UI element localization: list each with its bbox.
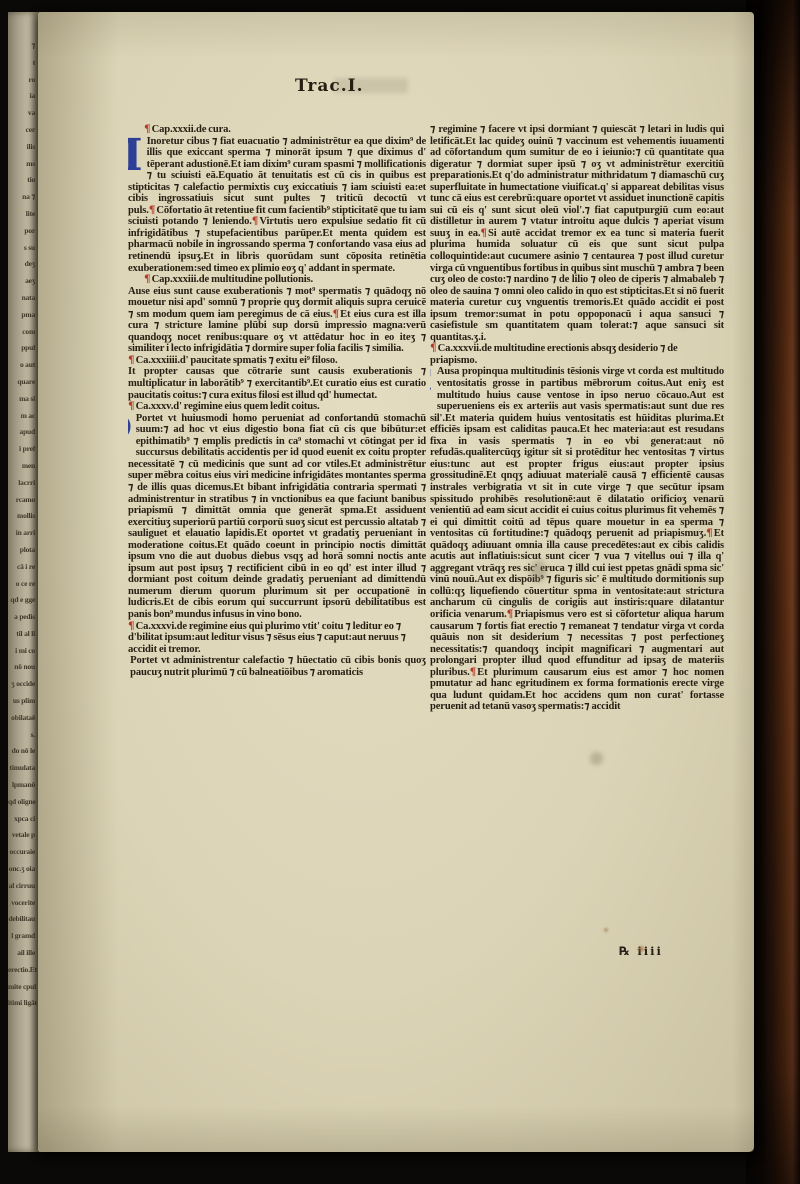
running-header: Trac.I. xyxy=(295,76,364,96)
facing-page-text-fragment: por xyxy=(8,223,38,240)
pilcrow-mark: ¶ xyxy=(144,273,152,285)
facing-page-text-fragment: i pref xyxy=(8,441,38,458)
facing-page-text-fragment: us plim xyxy=(8,693,38,710)
facing-page-text-fragment: nata xyxy=(8,290,38,307)
facing-page-text-fragment: ʒ occide xyxy=(8,676,38,693)
facing-page-text-fragment: cā i re xyxy=(8,559,38,576)
facing-page-text-fragment: xpca ci xyxy=(8,811,38,828)
facing-page-fragments: ⁊troiavacerilismstiona ⁊litepors sudeʒae… xyxy=(8,12,38,1012)
facing-page-text-fragment: m ac xyxy=(8,408,38,425)
body-paragraph: MInoretur cibus ⁊ fiat euacuatio ⁊ admin… xyxy=(128,136,426,275)
body-paragraph: FIt propter causas que cōtrarie sunt cau… xyxy=(128,366,426,401)
pilcrow-mark: ¶ xyxy=(128,620,136,632)
facing-page-text-fragment: tio xyxy=(8,172,38,189)
pilcrow-mark: ¶ xyxy=(480,227,488,239)
facing-page-text-fragment: ⁊ xyxy=(8,38,38,55)
facing-page-text-fragment: ppul xyxy=(8,340,38,357)
facing-page-text-fragment: al cirruu xyxy=(8,878,38,895)
facing-page-text-fragment: t xyxy=(8,55,38,72)
facing-page-text-fragment: til al li xyxy=(8,626,38,643)
facing-page-text-fragment: timulata xyxy=(8,760,38,777)
facing-page-text-fragment: ro xyxy=(8,72,38,89)
pilcrow-mark: ¶ xyxy=(507,608,515,620)
facing-page-text-fragment: cer xyxy=(8,122,38,139)
facing-page-text-fragment: qd oligne xyxy=(8,794,38,811)
facing-page-edge: ⁊troiavacerilismstiona ⁊litepors sudeʒae… xyxy=(8,12,38,1152)
facing-page-text-fragment: s. xyxy=(8,727,38,744)
facing-page-text-fragment: ail ille xyxy=(8,945,38,962)
facing-page-text-fragment: va xyxy=(8,105,38,122)
facing-page-text-fragment: erectio.Et xyxy=(8,962,38,979)
facing-page-text-fragment: men xyxy=(8,458,38,475)
facing-page-text-fragment: o ce re xyxy=(8,576,38,593)
illuminated-initial: M xyxy=(128,136,147,182)
illuminated-initial: O xyxy=(128,655,130,678)
body-paragraph: OPortet vt administrentur calefactio ⁊ h… xyxy=(128,655,426,678)
facing-page-text-fragment: a pedis xyxy=(8,609,38,626)
book-page: Trac.I. ¶Cap.xxxii.de cura.MInoretur cib… xyxy=(38,12,754,1152)
body-paragraph: CcAusa propinqua multitudinis tēsionis v… xyxy=(430,366,724,712)
pilcrow-mark: ¶ xyxy=(128,354,136,366)
text-column-right: ⁊ regimine ⁊ facere vt ipsi dormiant ⁊ q… xyxy=(430,124,724,974)
facing-page-text-fragment: ma si xyxy=(8,391,38,408)
body-paragraph: CcAuse eius sunt cause exuberationis ⁊ m… xyxy=(128,286,426,355)
facing-page-text-fragment: aeʒ xyxy=(8,273,38,290)
facing-page-text-fragment: vetale p xyxy=(8,827,38,844)
facing-page-text-fragment: deʒ xyxy=(8,256,38,273)
facing-page-text-fragment: debilitau xyxy=(8,911,38,928)
book-photo: ⁊troiavacerilismstiona ⁊litepors sudeʒae… xyxy=(0,0,800,1184)
facing-page-text-fragment: mollis xyxy=(8,508,38,525)
facing-page-text-fragment: do nō le xyxy=(8,743,38,760)
pilcrow-mark: ¶ xyxy=(706,527,714,539)
chapter-heading: ¶Ca.xxxvii.de multitudine erectionis abs… xyxy=(430,343,724,366)
facing-page-text-fragment: com xyxy=(8,324,38,341)
facing-page-text-fragment: i mi co xyxy=(8,643,38,660)
pilcrow-mark: ¶ xyxy=(149,204,157,216)
facing-page-text-fragment: rcamo xyxy=(8,492,38,509)
facing-page-text-fragment: l gramd xyxy=(8,928,38,945)
chapter-heading: ¶Ca.xxxv.d' regimine eius quem ledit coi… xyxy=(128,401,426,413)
facing-page-text-fragment: occuraie xyxy=(8,844,38,861)
facing-page-text-fragment: lpmanō xyxy=(8,777,38,794)
body-paragraph: OPortet vt huiusmodi homo perueniat ad c… xyxy=(128,413,426,621)
facing-page-text-fragment: o aut xyxy=(8,357,38,374)
facing-page-text-fragment: pma xyxy=(8,307,38,324)
facing-page-text-fragment: apud xyxy=(8,424,38,441)
facing-page-text-fragment: in arri xyxy=(8,525,38,542)
chapter-heading: ¶Ca.xxxiiii.d' paucitate spmatis ⁊ exitu… xyxy=(128,355,426,367)
facing-page-text-fragment: nō nou xyxy=(8,659,38,676)
facing-page-text-fragment: ia xyxy=(8,88,38,105)
pilcrow-mark: ¶ xyxy=(144,124,152,135)
text-column-left: ¶Cap.xxxii.de cura.MInoretur cibus ⁊ fia… xyxy=(128,124,426,984)
facing-page-text-fragment: lacrri xyxy=(8,475,38,492)
illuminated-initial: O xyxy=(128,413,136,448)
facing-page-text-fragment: itimi ligāt xyxy=(8,995,38,1012)
facing-page-text-fragment: na ⁊ xyxy=(8,189,38,206)
facing-page-text-fragment: onc.ʒ oia xyxy=(8,861,38,878)
pilcrow-mark: ¶ xyxy=(252,215,260,227)
facing-page-text-fragment: qd e gge xyxy=(8,592,38,609)
chapter-heading: ¶Cap.xxxii.de cura. xyxy=(128,124,426,136)
facing-page-text-fragment: quare xyxy=(8,374,38,391)
pilcrow-mark: ¶ xyxy=(470,666,478,678)
facing-page-text-fragment: ms xyxy=(8,156,38,173)
facing-page-text-fragment: ilis xyxy=(8,139,38,156)
facing-page-text-fragment: mite cpul xyxy=(8,979,38,996)
illuminated-initial: Cc xyxy=(430,366,437,406)
body-paragraph: ⁊ regimine ⁊ facere vt ipsi dormiant ⁊ q… xyxy=(430,124,724,343)
facing-page-text-fragment: vocerite xyxy=(8,895,38,912)
facing-page-text-fragment: plota xyxy=(8,542,38,559)
pilcrow-mark: ¶ xyxy=(430,342,438,354)
facing-page-text-fragment: obilataē xyxy=(8,710,38,727)
facing-page-text-fragment: s su xyxy=(8,240,38,257)
signature-mark: ℞ iiii xyxy=(596,944,686,958)
chapter-heading: ¶Cap.xxxiii.de multitudine pollutionis. xyxy=(128,274,426,286)
leather-cover-edge xyxy=(746,0,800,1184)
pilcrow-mark: ¶ xyxy=(333,308,341,320)
facing-page-text-fragment: lite xyxy=(8,206,38,223)
chapter-heading: ¶Ca.xxxvi.de regimine eius qui plurimo v… xyxy=(128,621,426,656)
